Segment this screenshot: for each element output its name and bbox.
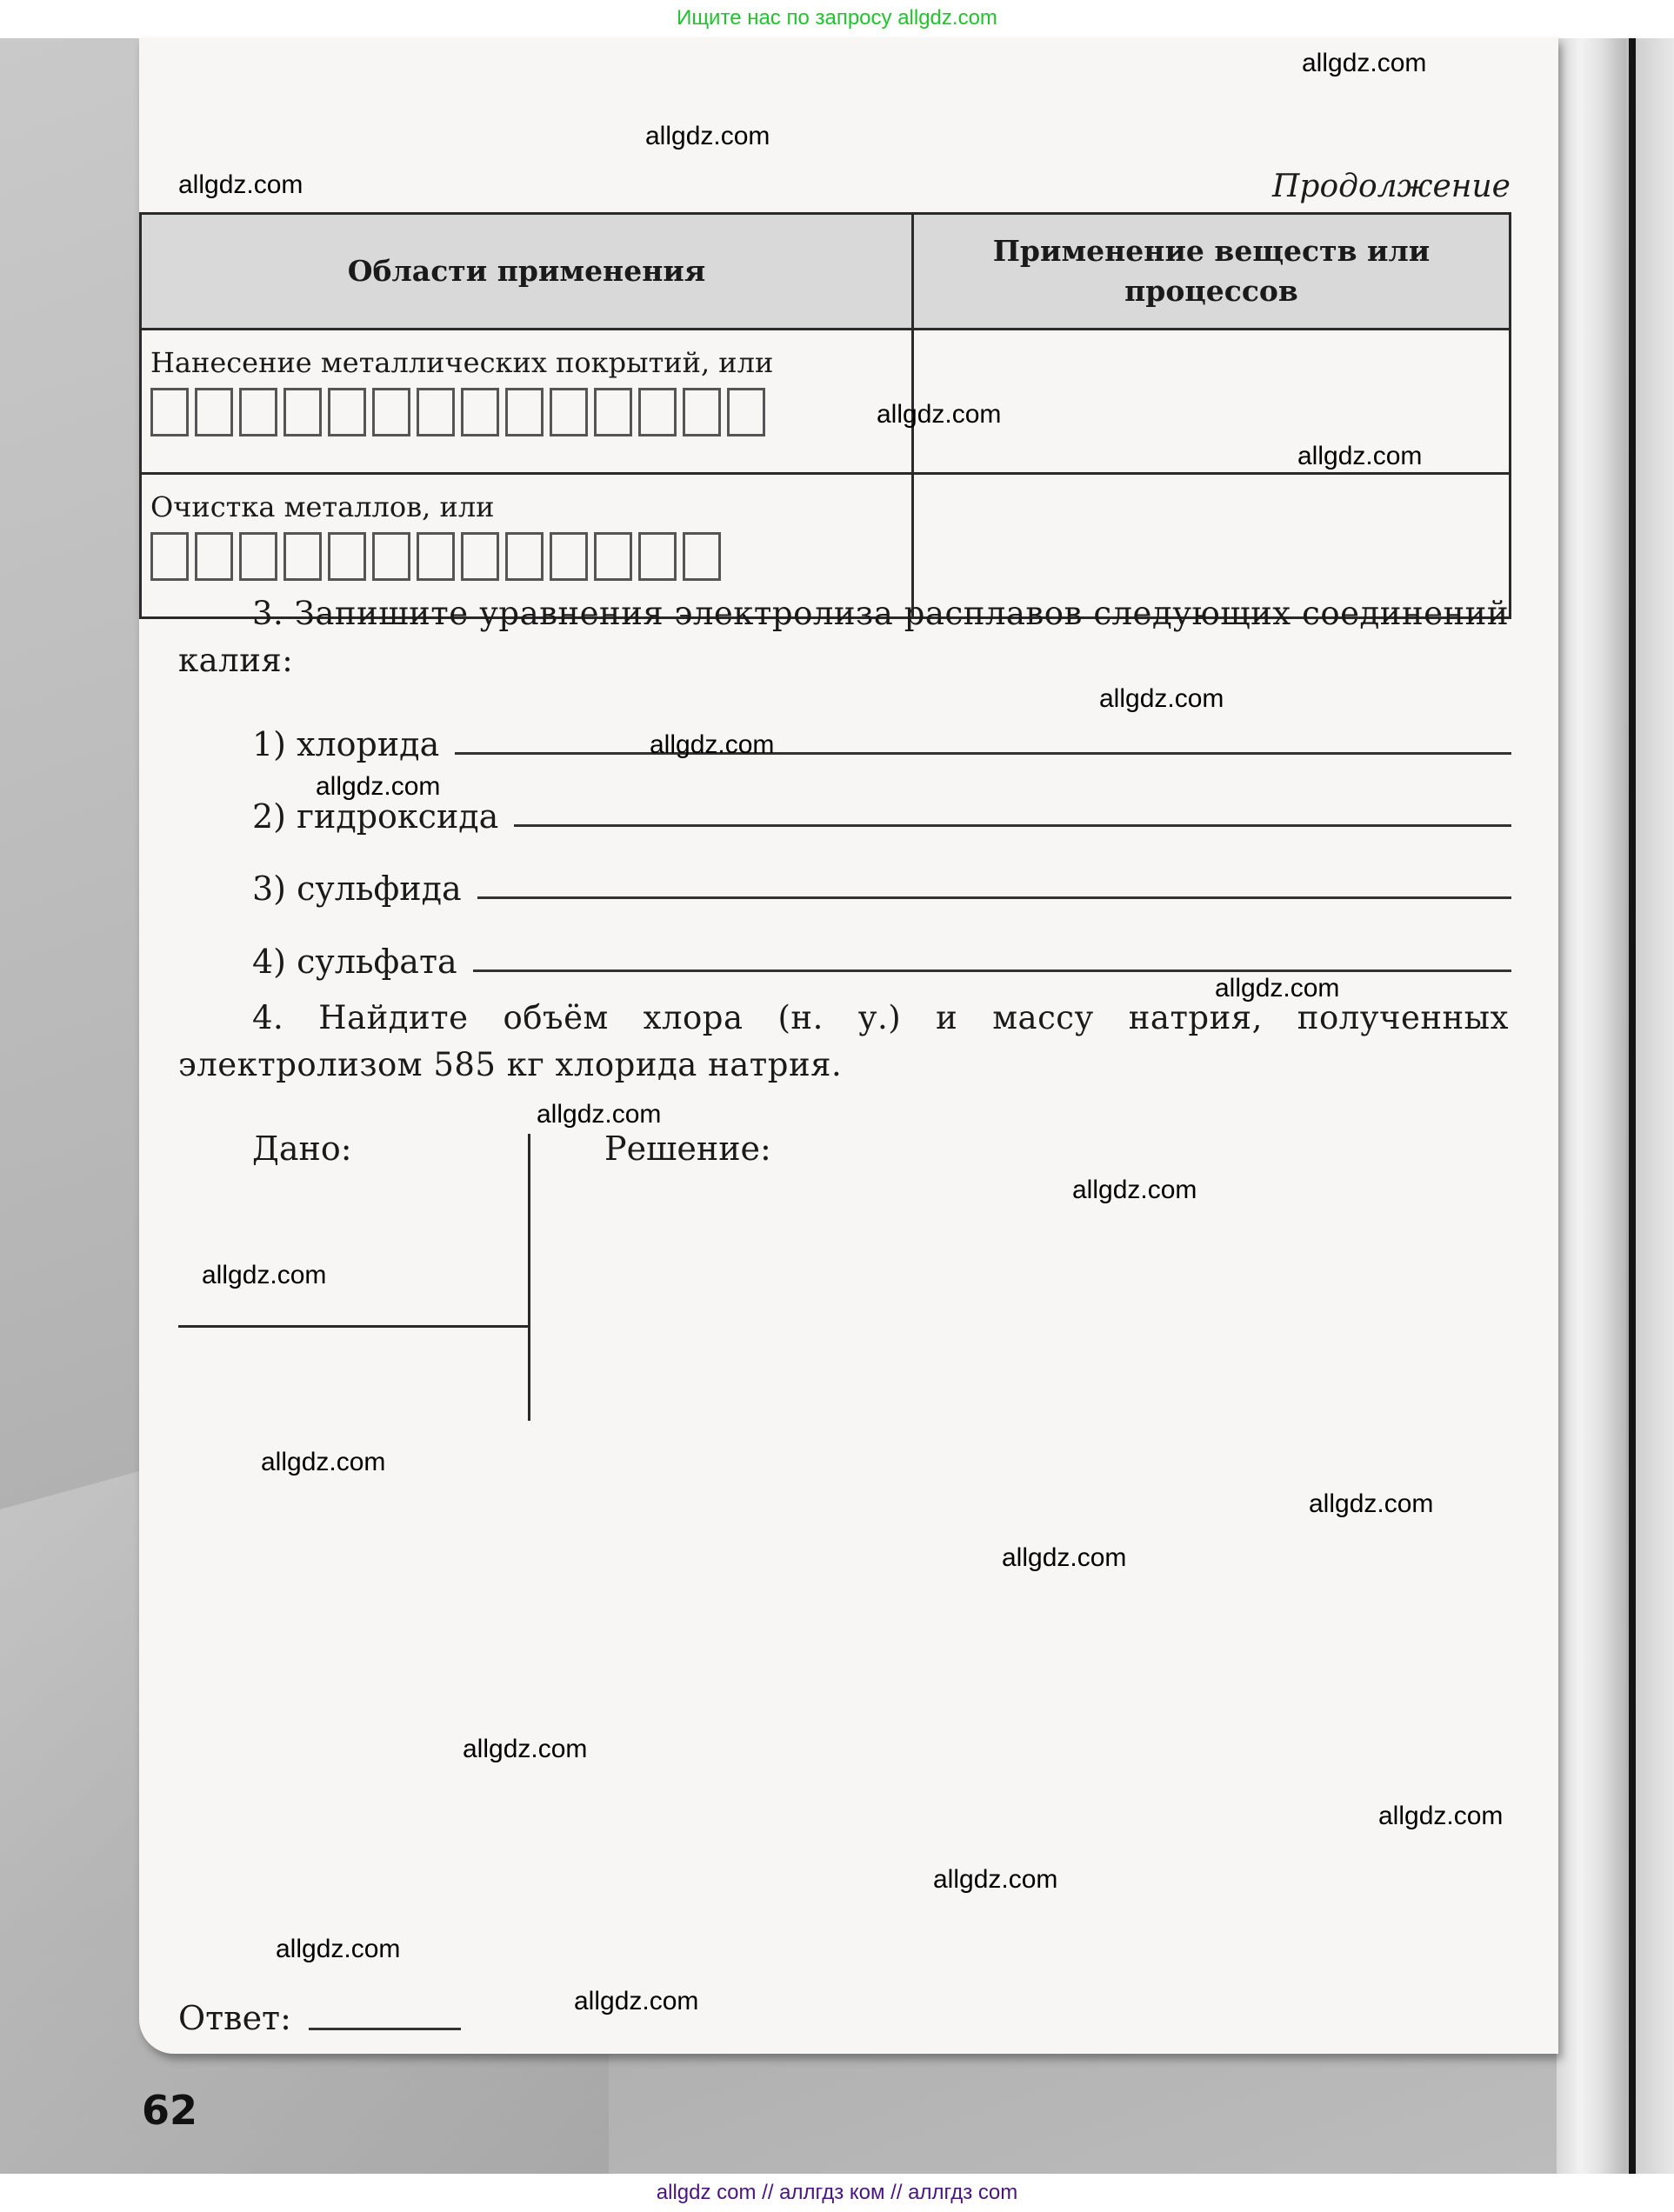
answer-label: Ответ: — [178, 1999, 291, 2037]
task3-question: Запишите уравнения электролиза расплавов… — [178, 595, 1509, 679]
header-areas: Области применения — [141, 214, 913, 330]
watermark: allgdz.com — [1378, 1802, 1503, 1831]
letter-box[interactable] — [195, 388, 233, 436]
answer-fill-line[interactable] — [477, 896, 1511, 899]
watermark: allgdz.com — [645, 122, 770, 151]
letter-box[interactable] — [550, 532, 588, 581]
answer-line-sulfide[interactable]: 3) сульфида — [252, 869, 1511, 908]
letter-boxes[interactable] — [150, 388, 903, 436]
watermark: allgdz.com — [276, 1935, 400, 1964]
watermark: allgdz.com — [650, 730, 774, 760]
watermark: allgdz.com — [933, 1865, 1057, 1895]
answer-fill-line[interactable] — [455, 751, 1511, 755]
letter-box[interactable] — [417, 388, 455, 436]
letter-box[interactable] — [683, 388, 721, 436]
continuation-label: Продолжение — [1272, 169, 1511, 204]
given-solution-divider — [528, 1134, 530, 1421]
watermark: allgdz.com — [261, 1448, 385, 1477]
letter-box[interactable] — [328, 532, 366, 581]
given-label: Дано: — [252, 1129, 352, 1168]
table-header-row: Области применения Применение веществ ил… — [141, 214, 1511, 330]
letter-boxes[interactable] — [150, 532, 903, 581]
letter-box[interactable] — [550, 388, 588, 436]
bottom-banner[interactable]: allgdz com // аллгдз ком // аллгдз com — [0, 2174, 1674, 2212]
letter-box[interactable] — [461, 388, 499, 436]
letter-box[interactable] — [239, 532, 277, 581]
top-banner-text[interactable]: Ищите нас по запросу allgdz.com — [677, 6, 997, 30]
item-label: 4) сульфата — [252, 943, 457, 981]
letter-box[interactable] — [594, 532, 632, 581]
item-label: 2) гидроксида — [252, 797, 498, 836]
area-label: Очистка металлов, или — [150, 490, 903, 523]
area-label: Нанесение металлических покрытий, или — [150, 346, 903, 379]
book-spine-edge — [1629, 38, 1636, 2174]
watermark: allgdz.com — [202, 1261, 326, 1290]
watermark: allgdz.com — [178, 170, 303, 200]
letter-box[interactable] — [372, 388, 410, 436]
watermark: allgdz.com — [877, 400, 1001, 430]
answer-line-chloride[interactable]: 1) хлорида — [252, 725, 1511, 763]
letter-box[interactable] — [683, 532, 721, 581]
watermark: allgdz.com — [537, 1100, 661, 1129]
answer-line-hydroxide[interactable]: 2) гидроксида — [252, 797, 1511, 836]
letter-box[interactable] — [283, 388, 322, 436]
letter-box[interactable] — [150, 388, 189, 436]
watermark: allgdz.com — [1309, 1489, 1433, 1519]
item-label: 1) хлорида — [252, 725, 439, 763]
answer-fill-line[interactable] — [473, 969, 1511, 972]
watermark: allgdz.com — [1297, 442, 1422, 471]
watermark: allgdz.com — [1072, 1176, 1197, 1205]
letter-box[interactable] — [283, 532, 322, 581]
area-cell: Нанесение металлических покрытий, или — [141, 330, 913, 474]
letter-box[interactable] — [239, 388, 277, 436]
item-label: 3) сульфида — [252, 869, 462, 908]
answer-fill-line[interactable] — [514, 823, 1511, 827]
given-underline — [178, 1325, 530, 1328]
letter-box[interactable] — [150, 532, 189, 581]
task3-number: 3. — [178, 595, 283, 632]
letter-box[interactable] — [505, 388, 544, 436]
watermark: allgdz.com — [1215, 974, 1339, 1003]
solution-label: Решение: — [604, 1129, 771, 1168]
watermark: allgdz.com — [1099, 684, 1224, 714]
letter-box[interactable] — [461, 532, 499, 581]
watermark: allgdz.com — [1302, 49, 1426, 78]
page-number: 62 — [142, 2087, 197, 2134]
letter-box[interactable] — [638, 388, 677, 436]
watermark: allgdz.com — [316, 772, 440, 802]
book-spine — [1557, 38, 1626, 2174]
watermark: allgdz.com — [463, 1735, 587, 1764]
workbook-page: Продолжение Области применения Применени… — [139, 38, 1558, 2054]
bottom-banner-text[interactable]: allgdz com // аллгдз ком // аллгдз com — [657, 2181, 1017, 2204]
task4-question: Найдите объём хлора (н. у.) и массу натр… — [178, 999, 1509, 1083]
letter-box[interactable] — [727, 388, 765, 436]
answer-fill-line[interactable] — [309, 2028, 461, 2030]
letter-box[interactable] — [372, 532, 410, 581]
task3-text: 3. Запишите уравнения электролиза распла… — [178, 590, 1509, 684]
task4-number: 4. — [178, 999, 283, 1036]
applications-table: Области применения Применение веществ ил… — [139, 212, 1511, 619]
letter-box[interactable] — [417, 532, 455, 581]
letter-box[interactable] — [505, 532, 544, 581]
watermark: allgdz.com — [1002, 1543, 1126, 1573]
top-banner[interactable]: Ищите нас по запросу allgdz.com — [0, 0, 1674, 38]
watermark: allgdz.com — [574, 1987, 698, 2016]
header-applications: Применение веществ или процессов — [913, 214, 1511, 330]
letter-box[interactable] — [328, 388, 366, 436]
answer-field[interactable]: Ответ: — [178, 1999, 461, 2037]
letter-box[interactable] — [638, 532, 677, 581]
letter-box[interactable] — [195, 532, 233, 581]
letter-box[interactable] — [594, 388, 632, 436]
task4-text: 4. Найдите объём хлора (н. у.) и массу н… — [178, 995, 1509, 1089]
next-page-edge — [1636, 38, 1674, 2174]
